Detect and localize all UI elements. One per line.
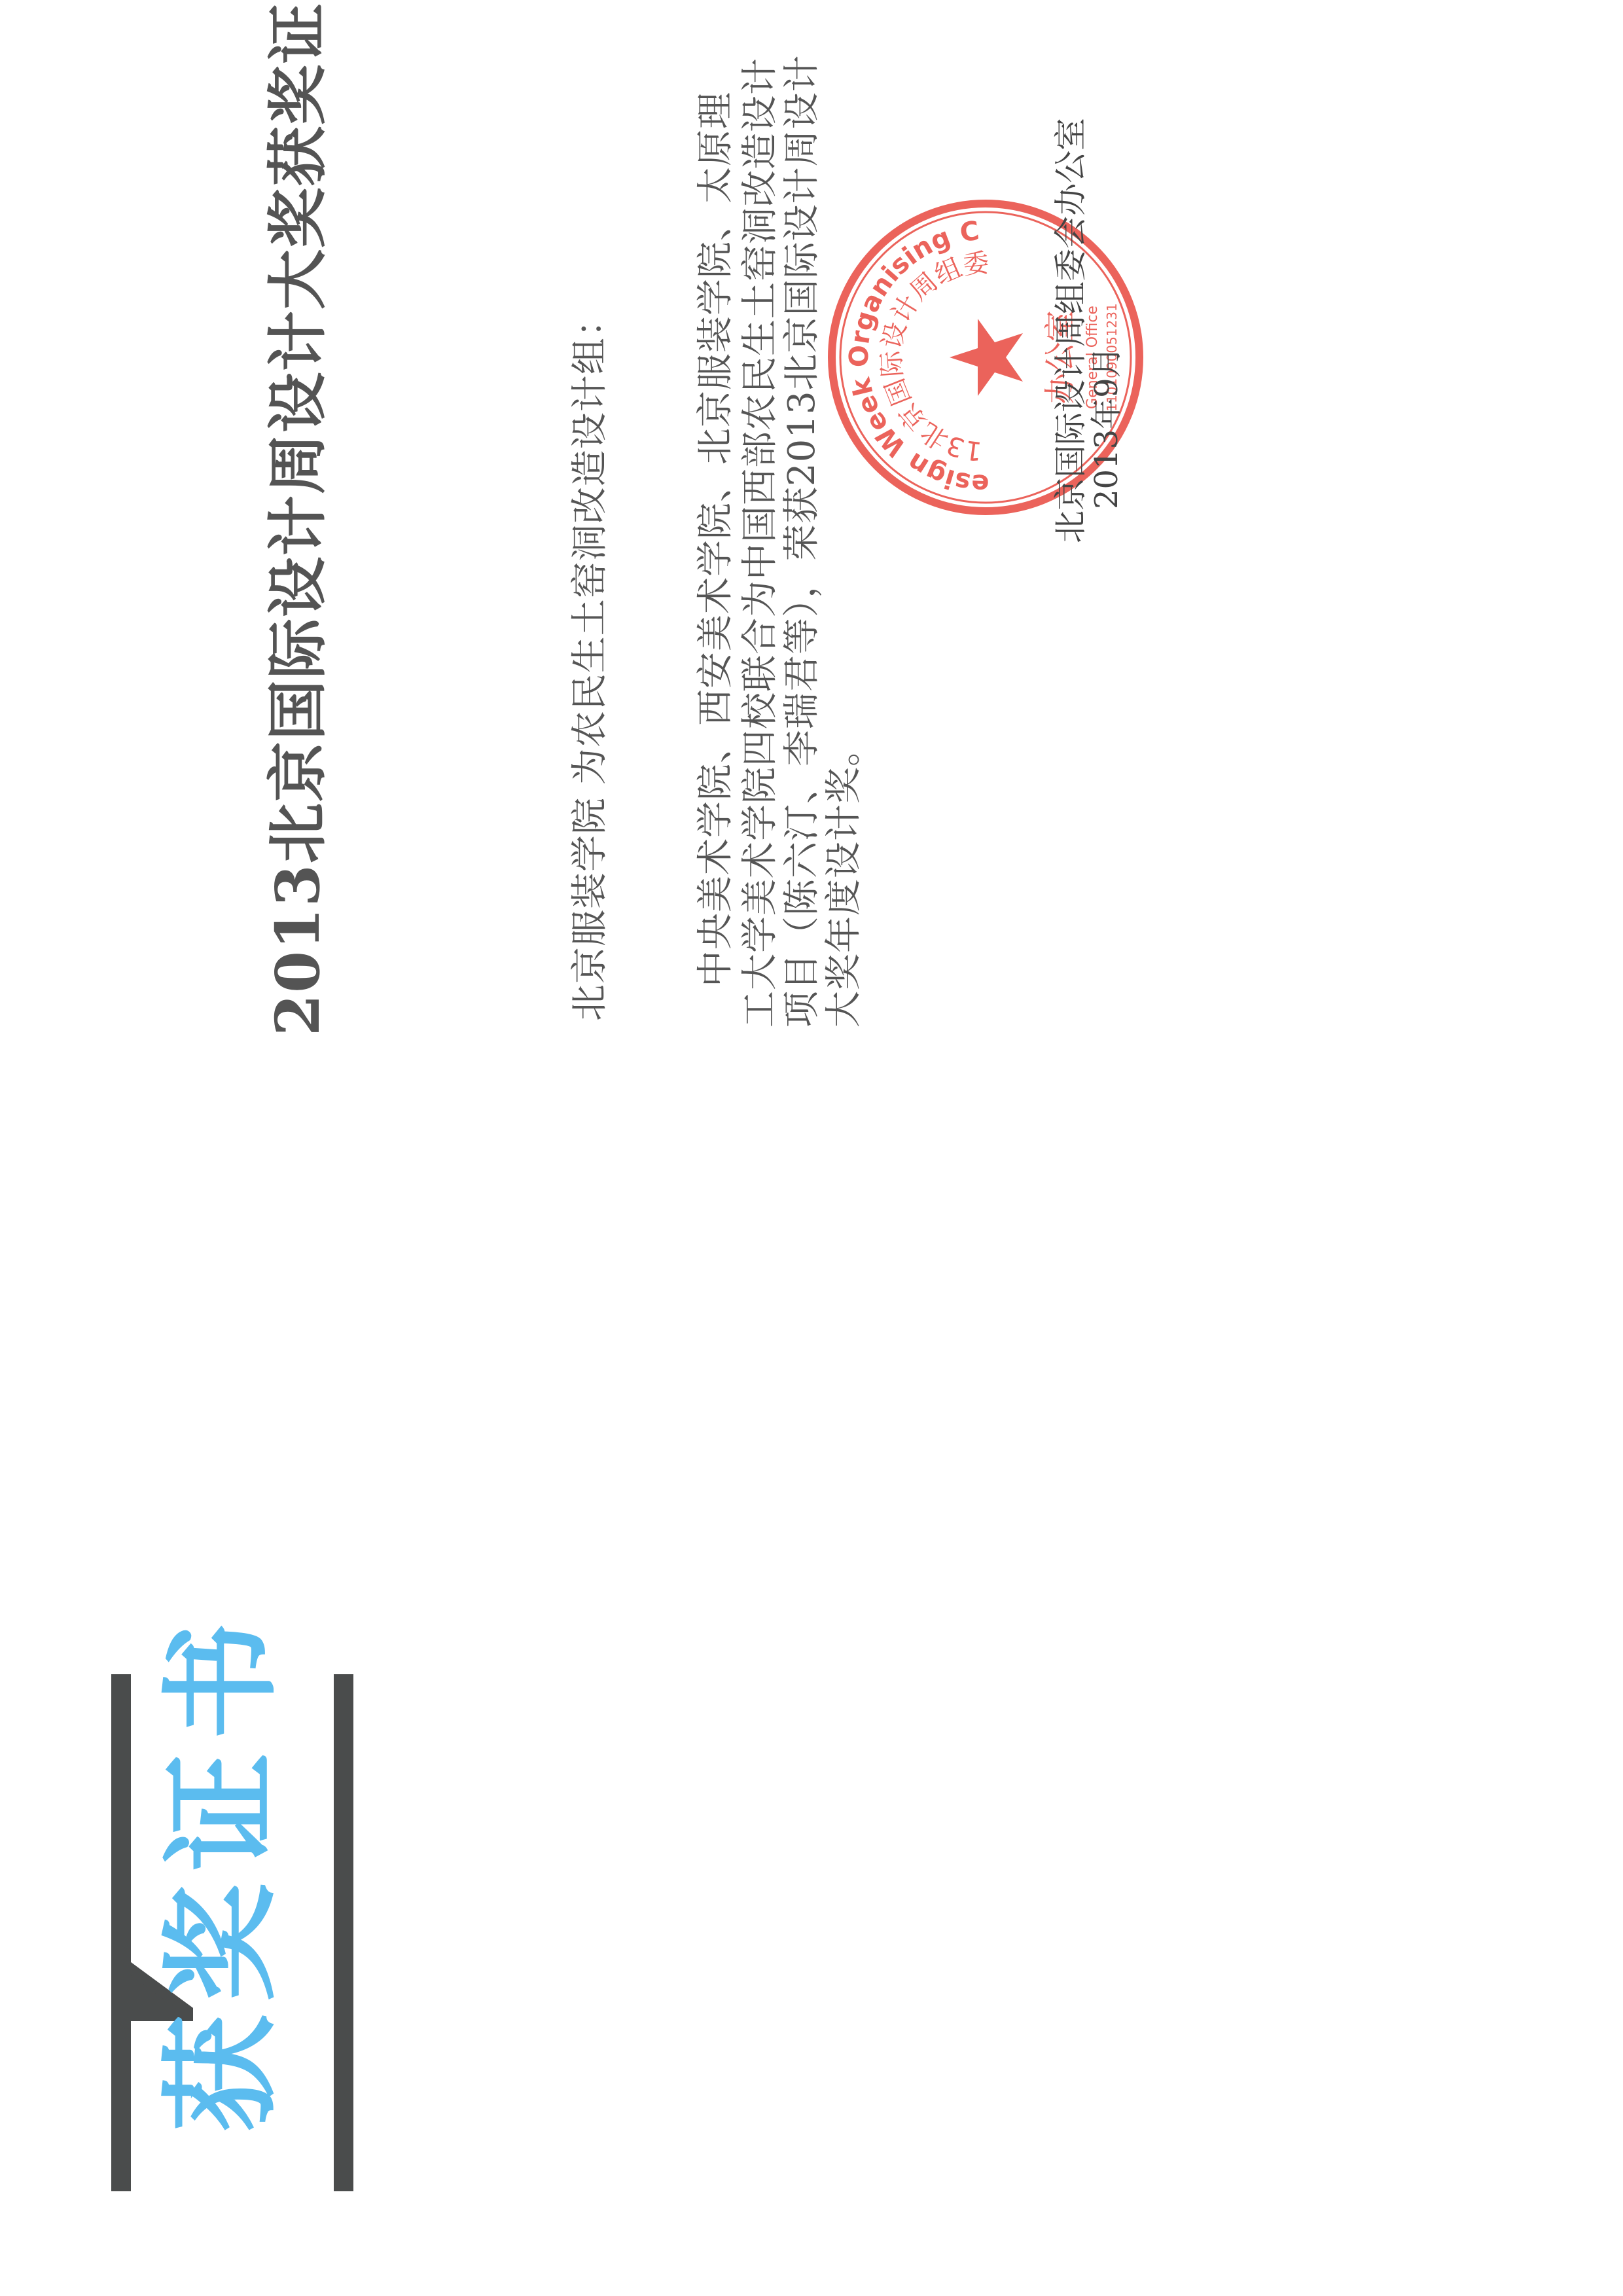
logo-title: 获奖证书: [157, 1687, 288, 2132]
award-text-line-2: 工大学美术学院四校联合为中国西部农民生土窑洞改造设计: [740, 58, 781, 1028]
award-text-line-3: 项目（陈六汀、李瑞君等），荣获2013北京国际设计周设计: [781, 54, 823, 1028]
certificate-title: 2013北京国际设计周设计大奖获奖证书: [262, 113, 334, 1036]
certificate-page: 2013北京国际设计周设计大奖获奖证书 北京服装学院 为农民生土窑洞改造设计组：…: [0, 0, 1623, 2296]
award-text-line-1: 中央美术学院、西安美术学院、北京服装学院、太原理: [695, 92, 737, 987]
award-certificate-logo: 获奖证书: [111, 1655, 360, 2191]
recipient-line: 北京服装学院 为农民生土窑洞改造设计组：: [569, 300, 611, 1021]
issue-date: 2013年9月: [1081, 346, 1126, 509]
award-text-line-4: 大奖年度设计奖。: [823, 729, 865, 1028]
